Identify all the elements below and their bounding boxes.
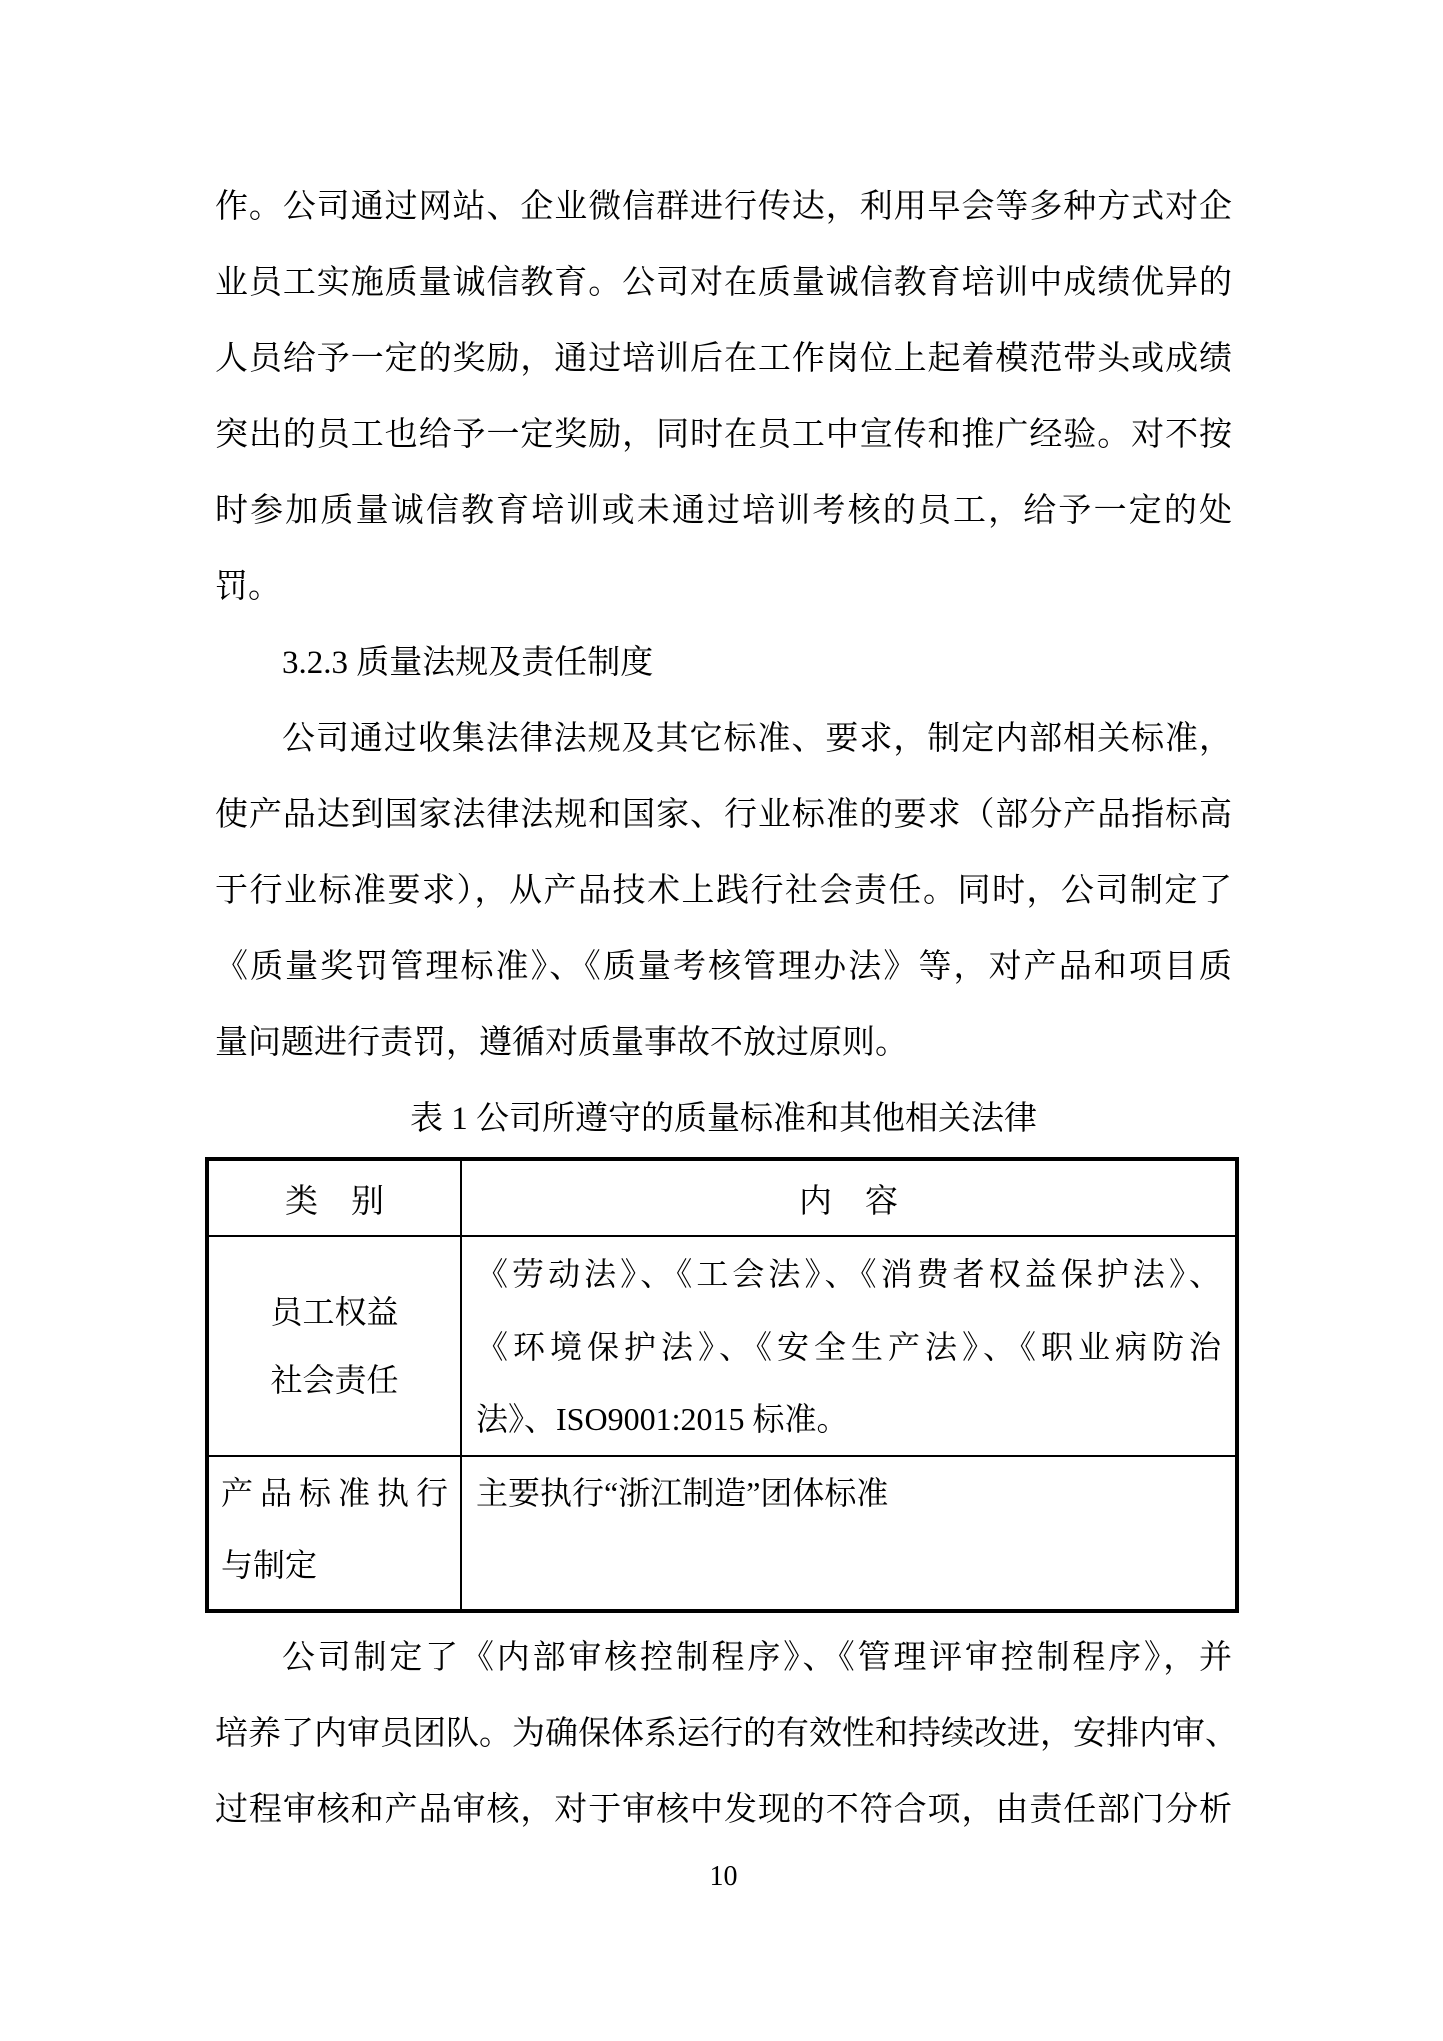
paragraph-line: 罚。 [215,549,1232,625]
table-cell-line: 产品标准执行 [221,1457,448,1529]
page-number: 10 [215,1860,1232,1894]
table-row: 产品标准执行 与制定 主要执行“浙江制造”团体标准 [209,1457,1235,1609]
paragraph-line: 业员工实施质量诚信教育。公司对在质量诚信教育培训中成绩优异的 [215,245,1232,321]
table-header-category: 类 别 [209,1161,462,1235]
paragraph-line: 公司通过收集法律法规及其它标准、要求，制定内部相关标准， [215,701,1232,777]
paragraph-line: 使产品达到国家法律法规和国家、行业标准的要求（部分产品指标高 [215,777,1232,853]
document-page: 作。公司通过网站、企业微信群进行传达，利用早会等多种方式对企 业员工实施质量诚信… [0,0,1443,2041]
table-cell-content: 《劳动法》、《工会法》、《消费者权益保护法》、 《环境保护法》、《安全生产法》、… [462,1237,1235,1455]
paragraph-line: 突出的员工也给予一定奖励，同时在员工中宣传和推广经验。对不按 [215,397,1232,473]
table-caption: 表 1 公司所遵守的质量标准和其他相关法律 [215,1081,1232,1157]
table-cell-line: 与制定 [221,1529,448,1601]
table-cell-line: 员工权益 [270,1278,398,1346]
table-header-row: 类 别 内 容 [209,1161,1235,1237]
section-heading: 3.2.3 质量法规及责任制度 [215,625,1232,701]
page-content: 作。公司通过网站、企业微信群进行传达，利用早会等多种方式对企 业员工实施质量诚信… [215,169,1232,1894]
table-header-content: 内 容 [462,1161,1235,1235]
table-row: 员工权益 社会责任 《劳动法》、《工会法》、《消费者权益保护法》、 《环境保护法… [209,1237,1235,1457]
paragraph-line: 《质量奖罚管理标准》、《质量考核管理办法》等，对产品和项目质 [215,929,1232,1005]
paragraph-3: 公司制定了《内部审核控制程序》、《管理评审控制程序》，并 培养了内审员团队。为确… [215,1620,1232,1848]
table-cell-line: 社会责任 [270,1346,398,1414]
paragraph-line: 量问题进行责罚，遵循对质量事故不放过原则。 [215,1005,1232,1081]
paragraph-line: 作。公司通过网站、企业微信群进行传达，利用早会等多种方式对企 [215,169,1232,245]
paragraph-1: 作。公司通过网站、企业微信群进行传达，利用早会等多种方式对企 业员工实施质量诚信… [215,169,1232,625]
table-cell-line: 《环境保护法》、《安全生产法》、《职业病防治 [476,1310,1221,1383]
table-cell-line: 法》、ISO9001:2015 标准。 [476,1382,1221,1455]
table-cell-category: 产品标准执行 与制定 [209,1457,462,1609]
paragraph-line: 人员给予一定的奖励，通过培训后在工作岗位上起着模范带头或成绩 [215,321,1232,397]
paragraph-line: 于行业标准要求），从产品技术上践行社会责任。同时，公司制定了 [215,853,1232,929]
paragraph-line: 过程审核和产品审核，对于审核中发现的不符合项，由责任部门分析 [215,1772,1232,1848]
quality-standards-table: 类 别 内 容 员工权益 社会责任 《劳动法》、《工会法》、《消费者权益保护法》… [205,1157,1239,1613]
paragraph-line: 公司制定了《内部审核控制程序》、《管理评审控制程序》，并 [215,1620,1232,1696]
paragraph-2: 公司通过收集法律法规及其它标准、要求，制定内部相关标准， 使产品达到国家法律法规… [215,701,1232,1081]
paragraph-line: 培养了内审员团队。为确保体系运行的有效性和持续改进，安排内审、 [215,1696,1232,1772]
table-cell-category: 员工权益 社会责任 [209,1237,462,1455]
paragraph-line: 时参加质量诚信教育培训或未通过培训考核的员工，给予一定的处 [215,473,1232,549]
table-cell-line: 《劳动法》、《工会法》、《消费者权益保护法》、 [476,1237,1221,1310]
table-cell-content: 主要执行“浙江制造”团体标准 [462,1457,1235,1609]
table-cell-line: 主要执行“浙江制造”团体标准 [476,1457,1221,1529]
